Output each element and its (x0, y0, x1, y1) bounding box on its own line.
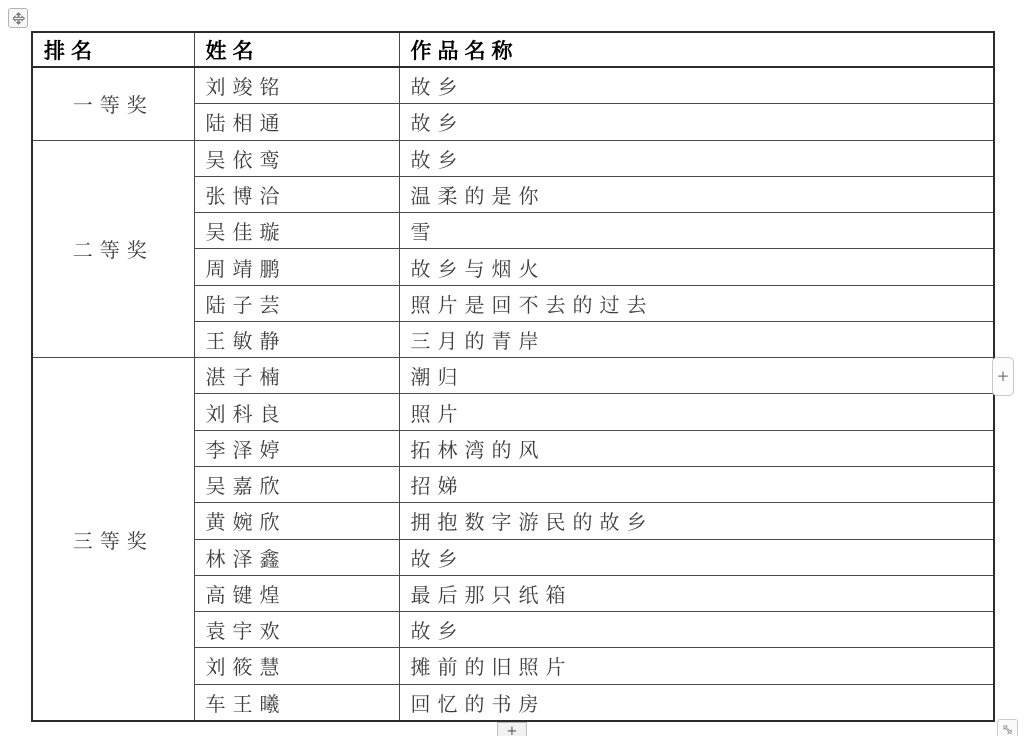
name-cell[interactable]: 李泽婷 (194, 430, 399, 466)
work-cell[interactable]: 温柔的是你 (399, 176, 994, 212)
name-cell[interactable]: 高键煌 (194, 575, 399, 611)
name-cell[interactable]: 王敏静 (194, 321, 399, 357)
work-cell[interactable]: 故乡与烟火 (399, 249, 994, 285)
column-header-rank[interactable]: 排名 (32, 32, 194, 67)
name-cell[interactable]: 周靖鹏 (194, 249, 399, 285)
work-cell[interactable]: 摊前的旧照片 (399, 648, 994, 684)
rank-cell-2[interactable]: 二等奖 (32, 140, 194, 358)
rank-cell-3[interactable]: 三等奖 (32, 358, 194, 721)
work-cell[interactable]: 三月的青岸 (399, 321, 994, 357)
table-header-row: 排名 姓名 作品名称 (32, 32, 994, 67)
work-cell[interactable]: 故乡 (399, 140, 994, 176)
resize-icon (1002, 724, 1013, 735)
name-cell[interactable]: 袁宇欢 (194, 612, 399, 648)
table-resize-handle[interactable] (997, 719, 1018, 736)
insert-row-button[interactable]: + (497, 722, 527, 736)
work-cell[interactable]: 拓林湾的风 (399, 430, 994, 466)
name-cell[interactable]: 陆子芸 (194, 285, 399, 321)
work-cell[interactable]: 最后那只纸箱 (399, 575, 994, 611)
move-icon (12, 12, 25, 25)
name-cell[interactable]: 张博洽 (194, 176, 399, 212)
column-header-name[interactable]: 姓名 (194, 32, 399, 67)
plus-icon: + (997, 369, 1010, 384)
plus-icon: + (507, 725, 518, 736)
name-cell[interactable]: 湛子楠 (194, 358, 399, 394)
name-cell[interactable]: 吴嘉欣 (194, 467, 399, 503)
work-cell[interactable]: 潮归 (399, 358, 994, 394)
table-row: 二等奖吴依鸾故乡 (32, 140, 994, 176)
work-cell[interactable]: 故乡 (399, 539, 994, 575)
name-cell[interactable]: 刘筱慧 (194, 648, 399, 684)
name-cell[interactable]: 黄婉欣 (194, 503, 399, 539)
work-cell[interactable]: 回忆的书房 (399, 684, 994, 721)
column-header-work[interactable]: 作品名称 (399, 32, 994, 67)
work-cell[interactable]: 雪 (399, 213, 994, 249)
work-cell[interactable]: 照片是回不去的过去 (399, 285, 994, 321)
work-cell[interactable]: 故乡 (399, 67, 994, 104)
rank-cell-1[interactable]: 一等奖 (32, 67, 194, 140)
name-cell[interactable]: 吴佳璇 (194, 213, 399, 249)
work-cell[interactable]: 招娣 (399, 467, 994, 503)
name-cell[interactable]: 刘竣铭 (194, 67, 399, 104)
table-move-handle[interactable] (8, 8, 28, 28)
table-body: 一等奖刘竣铭故乡陆相通故乡二等奖吴依鸾故乡张博洽温柔的是你吴佳璇雪周靖鹏故乡与烟… (32, 67, 994, 721)
name-cell[interactable]: 林泽鑫 (194, 539, 399, 575)
prize-table: 排名 姓名 作品名称 一等奖刘竣铭故乡陆相通故乡二等奖吴依鸾故乡张博洽温柔的是你… (31, 31, 995, 722)
work-cell[interactable]: 拥抱数字游民的故乡 (399, 503, 994, 539)
name-cell[interactable]: 吴依鸾 (194, 140, 399, 176)
table-row: 三等奖湛子楠潮归 (32, 358, 994, 394)
name-cell[interactable]: 陆相通 (194, 104, 399, 140)
work-cell[interactable]: 照片 (399, 394, 994, 430)
name-cell[interactable]: 刘科良 (194, 394, 399, 430)
insert-column-button[interactable]: + (992, 357, 1014, 396)
work-cell[interactable]: 故乡 (399, 612, 994, 648)
name-cell[interactable]: 车王曦 (194, 684, 399, 721)
work-cell[interactable]: 故乡 (399, 104, 994, 140)
table-row: 一等奖刘竣铭故乡 (32, 67, 994, 104)
